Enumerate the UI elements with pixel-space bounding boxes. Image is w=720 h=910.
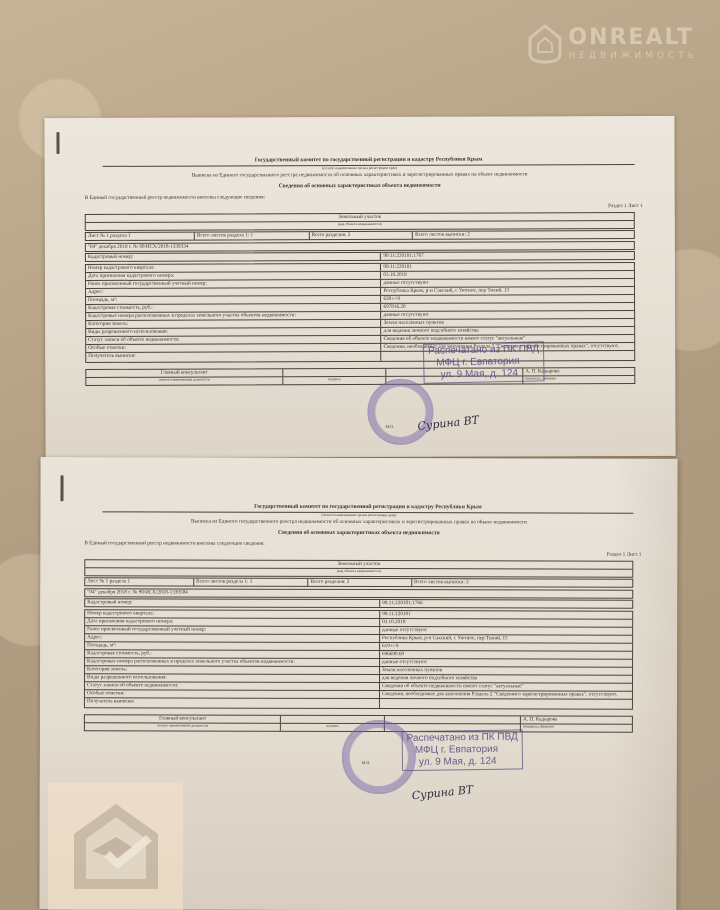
row-label: Ранее присвоенный государственный учетны…	[85, 626, 380, 634]
stamp-line-3: ул. 9 Мая, д. 124	[428, 367, 539, 381]
row-label: Особые отметки:	[85, 690, 380, 698]
row-label: Виды разрешенного использования:	[86, 327, 381, 335]
row-label: Виды разрешенного использования:	[85, 674, 380, 682]
characteristics-table: Номер кадастрового квартала:90:11:220101…	[85, 262, 635, 363]
sections-total: Всего разделов: 2	[309, 579, 412, 586]
object-type-caption: (вид объекта недвижимости)	[86, 221, 634, 230]
row-label: Дата присвоения кадастрового номера:	[86, 271, 381, 279]
mp-label: М.П.	[385, 424, 393, 429]
object-type-box: Земельный участок (вид объекта недвижимо…	[84, 559, 633, 577]
intro-text: В Единый государственный реестр недвижим…	[85, 193, 635, 202]
name-caption: инициалы, фамилия	[520, 724, 632, 731]
row-value: 619+/-9	[380, 643, 632, 651]
cadastral-number-label: Кадастровый номер:	[86, 253, 381, 261]
sheets-in-section: Всего листов раздела 1: 1	[194, 579, 308, 586]
object-type: Земельный участок	[85, 560, 632, 568]
row-value: 03.10.2018	[380, 619, 632, 627]
row-value: для ведения личного подсобного хозяйства	[382, 327, 635, 335]
stamp-line-3: ул. 9 Мая, д. 124	[407, 755, 518, 769]
row-label: Адрес:	[86, 287, 381, 295]
row-value: Земли населенных пунктов	[382, 319, 635, 327]
row-label: Получатель выписки:	[85, 698, 380, 708]
table-row: Получатель выписки:	[85, 697, 632, 708]
extract-title: Выписка из Единого государственного реес…	[84, 518, 633, 526]
handwritten-signature: Сурина ВТ	[411, 783, 474, 802]
sheets-total: Всего листов выписки: 2	[412, 579, 632, 587]
row-label: Адрес:	[85, 634, 380, 642]
table-row: Ранее присвоенный государственный учетны…	[85, 625, 632, 634]
row-value: 90:11:220101	[380, 611, 632, 619]
row-value: Сведения, необходимые для заполнения Раз…	[380, 691, 632, 699]
signer-position: Главный консультант	[86, 369, 283, 377]
row-value: 697816.20	[381, 303, 634, 311]
corner-logo-watermark	[48, 783, 183, 910]
row-label: Категория земель:	[86, 319, 381, 327]
row-value: Сведения об объекте недвижимости имеют с…	[380, 683, 632, 691]
table-row: Особые отметки:Сведения, необходимые для…	[85, 689, 632, 698]
row-label: Статус записи об объекте недвижимости:	[85, 682, 380, 690]
position-caption: полное наименование должности	[86, 377, 283, 385]
cadastral-number-value: 90:11:220101:1766	[380, 600, 632, 608]
staple-icon	[60, 475, 63, 501]
cadastral-number-label: Кадастровый номер:	[85, 599, 380, 607]
object-type-box: Земельный участок (вид объекта недвижимо…	[85, 212, 635, 231]
row-value: 03.10.2018	[381, 271, 634, 279]
row-label: Кадастровая стоимость, руб.:	[86, 303, 381, 311]
position-caption: полное наименование должности	[85, 723, 281, 731]
row-value: Республика Крым, р-н Сакский, с Уютное, …	[380, 635, 632, 643]
cadastral-number-box: Кадастровый номер: 90:11:220101:1766	[84, 598, 633, 608]
table-row: Получатель выписки:	[86, 350, 634, 362]
row-label: Кадастровая стоимость, руб.:	[85, 650, 380, 658]
table-row: Адрес:Республика Крым, р-н Сакский, с Ую…	[85, 633, 632, 642]
row-label: Площадь, м²:	[86, 295, 381, 303]
row-label: Площадь, м²:	[85, 642, 380, 650]
table-row: Кадастровые номера расположенных в преде…	[85, 657, 632, 666]
row-value: Земли населенных пунктов	[380, 667, 632, 675]
signer-position: Главный консультант	[85, 715, 281, 723]
row-value: данные отсутствуют	[380, 627, 632, 635]
row-value: Республика Крым, р-н Сакский, с Уютное, …	[381, 287, 634, 295]
section-sheet-label: Раздел 1 Лист 1	[84, 550, 641, 558]
row-value: данные отсутствуют	[380, 659, 632, 667]
table-row: Статус записи об объекте недвижимости:Св…	[85, 681, 632, 690]
table-row: Дата присвоения кадастрового номера:03.1…	[85, 617, 632, 626]
row-label: Дата присвоения кадастрового номера:	[85, 618, 380, 626]
table-row: Виды разрешенного использования:для веде…	[85, 673, 632, 682]
row-label: Номер кадастрового квартала:	[86, 263, 381, 271]
stamp-line-1: Распечатано из ПК ПВД	[407, 731, 518, 745]
row-value: данные отсутствуют	[382, 311, 635, 319]
sections-total: Всего разделов: 2	[310, 232, 414, 239]
table-row: Номер кадастрового квартала:90:11:220101	[85, 610, 632, 618]
intro-text: В Единый государственный реестр недвижим…	[84, 540, 633, 548]
sheet-meta-box: Лист № 1 раздела 1 Всего листов раздела …	[85, 230, 635, 241]
section-title: Сведения об основных характеристиках объ…	[85, 182, 635, 191]
sheets-total: Всего листов выписки: 2	[413, 231, 634, 239]
printed-from-stamp: Распечатано из ПК ПВД МФЦ г. Евпатория у…	[402, 729, 524, 771]
staple-icon	[56, 132, 59, 154]
row-value: данные отсутствуют	[381, 279, 634, 287]
table-row: Площадь, м²:619+/-9	[85, 641, 632, 650]
house-logo-icon	[528, 24, 562, 64]
row-label: Кадастровые номера расположенных в преде…	[85, 658, 380, 666]
table-row: Категория земель:Земли населенных пункто…	[85, 665, 632, 674]
extract-sheet-1: Государственный комитет по государственн…	[44, 116, 675, 458]
sheet-number: Лист № 1 раздела 1	[85, 578, 194, 585]
signer-name: А. П. Кадырова	[520, 716, 632, 723]
sign-caption: подпись	[283, 376, 387, 383]
mp-label: М.П.	[362, 760, 370, 765]
cadastral-number-value: 90:11:220101:1767	[381, 252, 634, 260]
watermark-brand: ONREALT	[568, 27, 694, 49]
round-seal-stamp	[367, 379, 433, 445]
signature-block: Главный консультант А. П. Кадырова полно…	[85, 367, 635, 386]
row-label: Особые отметки:	[86, 343, 381, 351]
row-label: Ранее присвоенный государственный учетны…	[86, 279, 381, 287]
house-check-icon	[66, 799, 166, 894]
table-row: Кадастровая стоимость, руб.:696690.69	[85, 649, 632, 658]
row-value: 620+/-9	[381, 295, 634, 303]
section-sheet-label: Раздел 1 Лист 1	[85, 203, 643, 212]
printed-from-stamp: Распечатано из ПК ПВД МФЦ г. Евпатория у…	[423, 341, 545, 384]
date-number-box: "04" декабря 2018 г. № 90/ИСХ/2018-13393…	[85, 241, 635, 252]
row-label: Статус записи об объекте недвижимости:	[86, 335, 381, 343]
row-value: 696690.69	[380, 651, 632, 659]
row-value	[380, 699, 632, 709]
date-number: "04" декабря 2018 г. № 90/ИСХ/2018-13395…	[85, 589, 632, 597]
date-number: "04" декабря 2018 г. № 90/ИСХ/2018-13393…	[86, 242, 634, 251]
object-type-caption: (вид объекта недвижимости)	[85, 568, 632, 576]
characteristics-table: Номер кадастрового квартала:90:11:220101…	[84, 609, 633, 709]
row-label: Категория земель:	[85, 666, 380, 674]
row-label: Кадастровые номера расположенных в преде…	[86, 311, 381, 319]
watermark-subtitle: НЕДВИЖИМОСТЬ	[568, 51, 698, 61]
row-label: Номер кадастрового квартала:	[85, 610, 380, 618]
date-number-box: "04" декабря 2018 г. № 90/ИСХ/2018-13395…	[84, 588, 633, 598]
onrealt-watermark: ONREALT НЕДВИЖИМОСТЬ	[528, 24, 698, 64]
cadastral-number-box: Кадастровый номер: 90:11:220101:1767	[85, 251, 635, 262]
row-value: для ведения личного подсобного хозяйства	[380, 675, 632, 683]
extract-title: Выписка из Единого государственного реес…	[85, 171, 635, 180]
row-value: 90:11:220101	[381, 263, 634, 271]
section-title: Сведения об основных характеристиках объ…	[84, 529, 633, 537]
sheet-meta-box: Лист № 1 раздела 1 Всего листов раздела …	[84, 577, 633, 587]
sheet-number: Лист № 1 раздела 1	[86, 233, 195, 240]
sheets-in-section: Всего листов раздела 1: 1	[195, 232, 310, 239]
row-label: Получатель выписки:	[86, 351, 381, 361]
